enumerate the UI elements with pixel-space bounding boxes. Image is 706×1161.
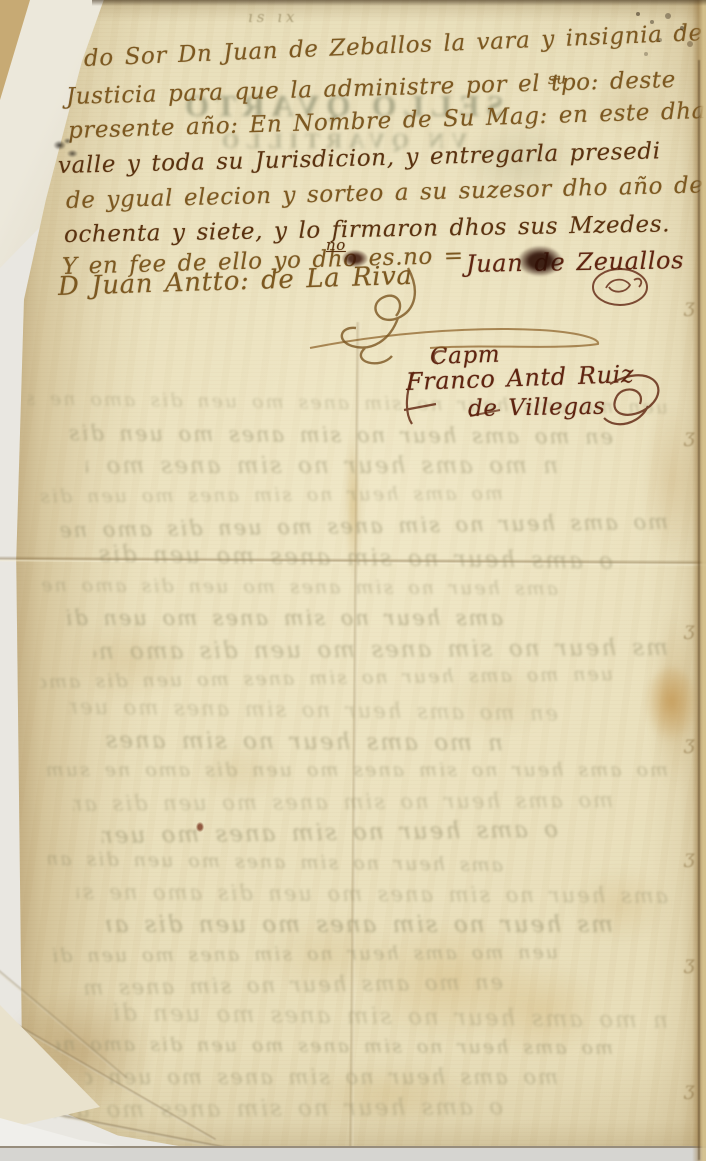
ghost-show-through-line: ams heur no sim anes mo uen dis amo ne s…: [36, 574, 558, 600]
ghost-show-through-line: mo ams heur no sim anes mo uen dis amo n…: [73, 788, 613, 816]
ghost-show-through-line: ms heur no sim anes mo uen dis amo ne su…: [106, 912, 613, 938]
ghost-show-through-line: n mo ams heur no sim anes mo uen dis amo…: [110, 1000, 668, 1034]
ink-speck: [196, 822, 204, 832]
interlinear-insertion-su: su: [548, 69, 567, 88]
ghost-show-through-line: n mo ams heur no sim anes mo uen dis amo…: [98, 727, 503, 756]
top-edge-shadow: [92, 0, 706, 6]
ghost-show-through-line: ms heur no sim anes mo uen dis amo ne su…: [94, 635, 668, 665]
ghost-show-through-line: ams heur no sim anes mo uen dis amo ne s…: [48, 848, 503, 876]
right-edge-shadow-line: [698, 60, 700, 1160]
ghost-show-through-line: ams heur no sim anes mo uen dis amo ne s…: [77, 880, 668, 908]
ghost-show-through-line: mo ams heur no sim anes mo uen dis amo n…: [56, 1033, 613, 1059]
ghost-show-through-line: mo ams heur no sim anes mo uen dis amo n…: [85, 1065, 558, 1089]
ghost-show-through-line: uen mo ams heur no sim anes mo uen dis a…: [40, 663, 613, 693]
ghost-show-through-line: n mo ams heur no sim anes mo uen dis amo…: [86, 453, 558, 479]
ink-blot-line-end: [342, 250, 368, 267]
signature-juan-de-zevallos: Juan de Zeuallos: [466, 246, 684, 278]
faint-folio-mark: ıs ıx: [248, 8, 299, 26]
scanner-bed-bottom-strip: [0, 1146, 706, 1161]
ghost-show-through-line: en mo ams heur no sim anes mo uen dis am…: [81, 970, 503, 1000]
ghost-show-through-line: o ams heur no sim anes mo uen dis amo ne…: [31, 1094, 503, 1123]
ink-blot-on-signature: [518, 246, 562, 276]
signature-ruiz-de-villegas-line2: de Villegas: [468, 394, 606, 422]
ghost-show-through-line: mo ams heur no sim anes mo uen dis amo n…: [61, 510, 668, 542]
ghost-show-through-line: mo ams heur no sim anes mo uen dis amo n…: [44, 759, 668, 781]
ghost-show-through-line: ams heur no sim anes mo uen dis amo ne s…: [65, 606, 503, 630]
ink-smudge-left-margin: [50, 134, 82, 162]
manuscript-scan: uen mo ams heur no sim anes mo uen dis a…: [0, 0, 706, 1161]
foxing-specks-top-right: [636, 12, 640, 16]
ghost-show-through-line: o ams heur no sim anes mo uen dis amo ne…: [102, 817, 558, 849]
ghost-show-through-line: mo ams heur no sim anes mo uen dis amo n…: [32, 482, 503, 507]
ghost-show-through-line: en mo ams heur no sim anes mo uen dis am…: [69, 695, 558, 726]
ghost-show-through-line: en mo ams heur no sim anes mo uen dis am…: [57, 421, 613, 449]
ghost-show-through-line: o ams heur no sim anes mo uen dis amo ne…: [90, 541, 613, 574]
ghost-show-through-line: uen mo ams heur no sim anes mo uen dis a…: [52, 941, 558, 967]
superscript-abbreviation-no: no: [326, 236, 346, 254]
